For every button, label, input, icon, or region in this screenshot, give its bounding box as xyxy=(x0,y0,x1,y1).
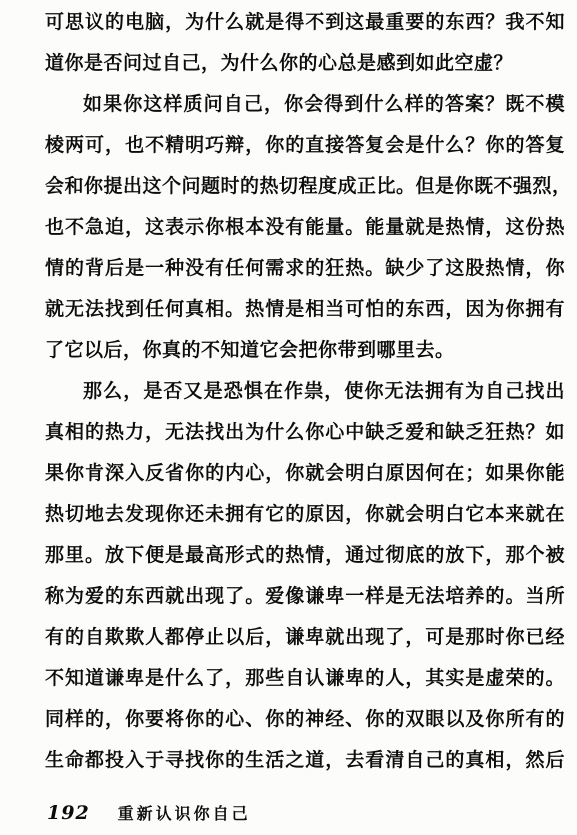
text-line: 生命都投入于寻找你的生活之道，去看清自己的真相，然后 xyxy=(45,740,565,781)
text-line: 那里。放下便是最高形式的热情，通过彻底的放下，那个被 xyxy=(45,535,565,576)
page-footer: 192 重新认识你自己 xyxy=(47,801,251,824)
text-line: 了它以后，你真的不知道它会把你带到哪里去。 xyxy=(45,330,565,371)
book-title: 重新认识你自己 xyxy=(118,801,251,824)
text-line: 不知道谦卑是什么了，那些自认谦卑的人，其实是虚荣的。 xyxy=(45,658,565,699)
text-line: 那么，是否又是恐惧在作祟，使你无法拥有为自己找出 xyxy=(45,371,565,412)
text-line: 会和你提出这个问题时的热切程度成正比。但是你既不强烈， xyxy=(45,166,565,207)
text-line: 真相的热力，无法找出为什么你心中缺乏爱和缺乏狂热？如 xyxy=(45,412,565,453)
text-line: 如果你这样质问自己，你会得到什么样的答案？既不模 xyxy=(45,84,565,125)
text-block: 可思议的电脑，为什么就是得不到这最重要的东西？我不知道你是否问过自己，为什么你的… xyxy=(45,2,565,781)
text-line: 有的自欺欺人都停止以后，谦卑就出现了，可是那时你已经 xyxy=(45,617,565,658)
text-line: 热切地去发现你还未拥有它的原因，你就会明白它本来就在 xyxy=(45,494,565,535)
text-line: 也不急迫，这表示你根本没有能量。能量就是热情，这份热 xyxy=(45,207,565,248)
text-line: 道你是否问过自己，为什么你的心总是感到如此空虚？ xyxy=(45,43,565,84)
text-line: 就无法找到任何真相。热情是相当可怕的东西，因为你拥有 xyxy=(45,289,565,330)
text-line: 称为爱的东西就出现了。爱像谦卑一样是无法培养的。当所 xyxy=(45,576,565,617)
text-line: 同样的，你要将你的心、你的神经、你的双眼以及你所有的 xyxy=(45,699,565,740)
text-line: 情的背后是一种没有任何需求的狂热。缺少了这股热情，你 xyxy=(45,248,565,289)
book-page: 可思议的电脑，为什么就是得不到这最重要的东西？我不知道你是否问过自己，为什么你的… xyxy=(0,0,577,835)
text-line: 可思议的电脑，为什么就是得不到这最重要的东西？我不知 xyxy=(45,2,565,43)
text-line: 棱两可，也不精明巧辩，你的直接答复会是什么？你的答复 xyxy=(45,125,565,166)
text-line: 果你肯深入反省你的内心，你就会明白原因何在；如果你能 xyxy=(45,453,565,494)
page-number: 192 xyxy=(47,802,90,824)
